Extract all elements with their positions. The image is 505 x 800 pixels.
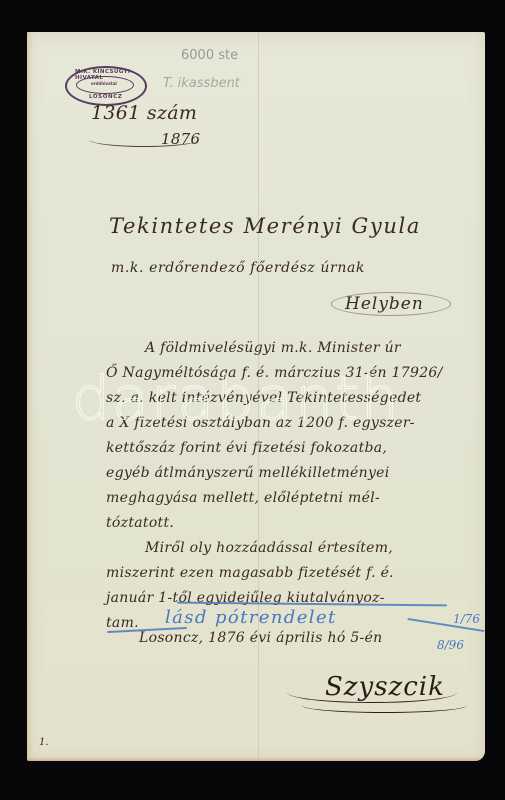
place-and-date: Losoncz, 1876 évi április hó 5-én: [139, 630, 382, 646]
body-line: A földmivelésügyi m.k. Minister úr: [145, 340, 401, 356]
letter-page: M.K. KINCSÜGYI HIVATAL erdőhivatal LOSON…: [27, 32, 485, 761]
stamp-bottom-text: LOSONCZ: [89, 94, 122, 100]
blue-annotation-ref: 1/76: [453, 612, 480, 626]
body-line: tóztatott.: [106, 515, 174, 531]
pencil-note: T. ikassbent: [163, 76, 240, 91]
stamp-middle-text: erdőhivatal: [91, 81, 117, 86]
official-stamp: M.K. KINCSÜGYI HIVATAL erdőhivatal LOSON…: [65, 66, 147, 106]
location-flourish: [331, 292, 451, 316]
body-line: Miről oly hozzáadással értesítem,: [145, 540, 393, 556]
reference-number: 1361 szám: [91, 102, 197, 124]
body-line: meghagyása mellett, előléptetni mél-: [106, 490, 380, 506]
signature-flourish: [302, 698, 467, 713]
addressee-title: m.k. erdőrendező főerdész úrnak: [111, 260, 365, 276]
body-line: egyéb átlmányszerű mellékilletményei: [106, 465, 390, 481]
document-viewer: M.K. KINCSÜGYI HIVATAL erdőhivatal LOSON…: [0, 0, 505, 800]
body-line: Ő Nagyméltósága f. é. márczius 31-én 179…: [106, 365, 443, 381]
reference-underline: [89, 132, 199, 147]
body-line: miszerint ezen magasabb fizetését f. é.: [106, 565, 394, 581]
body-line: sz. a. kelt intézvényével Tekintetessége…: [106, 390, 421, 406]
addressee-name: Tekintetes Merényi Gyula: [109, 214, 421, 238]
page-number: 1.: [39, 737, 49, 748]
body-line: tam.: [106, 615, 139, 631]
blue-annotation-ref2: 8/96: [437, 638, 464, 652]
body-line: kettőszáz forint évi fizetési fokozatba,: [106, 440, 387, 456]
blue-annotation-text: lásd pótrendelet: [165, 607, 337, 628]
pencil-price-note: 6000 ste: [181, 48, 238, 63]
body-line: a X fizetési osztályban az 1200 f. egysz…: [106, 415, 415, 431]
